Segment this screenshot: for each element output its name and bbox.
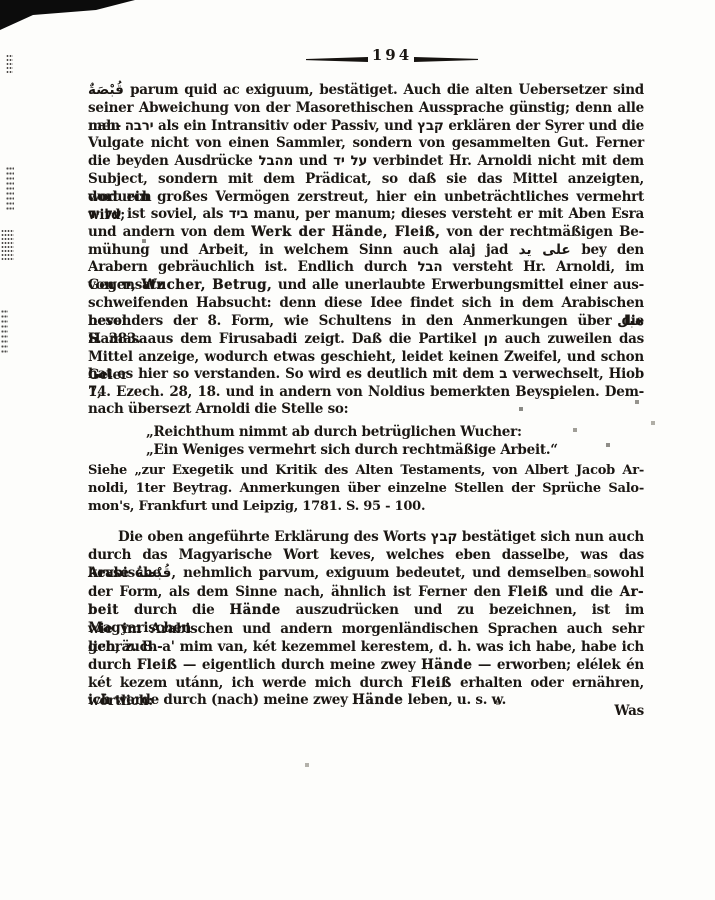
- emphasized-text: Wucher, Betrug,: [141, 277, 272, 293]
- reference-line: noldi, 1ter Beytrag. Anmerkungen über ei…: [88, 480, 644, 498]
- catchword: Was: [88, 702, 644, 720]
- scan-speckle-strip: [6, 54, 13, 75]
- emphasized-text: Ar-: [620, 584, 644, 600]
- text-segment: und andern von dem: [88, 224, 251, 240]
- text-line: két kezem utánn, ich werde mich durch Fl…: [88, 674, 644, 692]
- reference-line: Siehe „zur Exegetik und Kritik des Alten…: [88, 462, 644, 480]
- text-segment: durch die: [119, 602, 230, 618]
- text-segment: von יד,: [88, 277, 141, 293]
- text-line: wie im Arabischen und andern morgenländi…: [88, 620, 644, 638]
- text-line: und andern von dem Werk der Hände, Fleiß…: [88, 223, 644, 241]
- quote-line: „Ein Weniges vermehrt sich durch rechtmä…: [146, 441, 616, 459]
- scan-speckle-strip: [1, 309, 8, 354]
- text-line: seiner Abweichung von der Masorethischen…: [88, 99, 644, 117]
- text-line: dort ein großes Vermögen zerstreut, hier…: [88, 188, 644, 206]
- text-segment: und alle unerlaubte Erwerbungsmittel ein…: [272, 277, 644, 293]
- text-segment: — eigentlich durch meine zwey: [177, 657, 421, 673]
- emphasized-text: Fleiß: [411, 675, 451, 691]
- text-line: قُبْصَةٌ parum quid ac exiguum, bestätig…: [88, 81, 644, 99]
- text-segment: durch: [88, 657, 137, 673]
- emphasized-text: beit: [88, 602, 119, 618]
- emphasized-text: Hände: [421, 657, 472, 673]
- text-line: mühung und Arbeit, in welchem Sinn auch …: [88, 241, 644, 259]
- page-number: 194: [366, 46, 418, 64]
- text-line: durch Fleiß — eigentlich durch meine zwe…: [88, 656, 644, 674]
- text-line: schweifenden Habsucht: denn diese Idee f…: [88, 294, 644, 312]
- text-line: Die oben angeführte Erklärung des Worts …: [88, 528, 644, 546]
- text-line: hat es hier so verstanden. So wird es de…: [88, 365, 644, 383]
- text-line: lich, z. B. a' mim van, két kezemmel ker…: [88, 638, 644, 656]
- text-segment: der Form, als dem Sinne nach, ähnlich is…: [88, 584, 508, 600]
- scan-corner-artifact: [0, 0, 142, 32]
- text-line: die beyden Ausdrücke מהבל und על יד verb…: [88, 152, 644, 170]
- scan-speckle-strip: [1, 229, 14, 262]
- text-line: S. 383. aus dem Firusabadi zeigt. Daß di…: [88, 330, 644, 348]
- scan-speckle-strip: [6, 166, 14, 212]
- reference-line: mon's, Frankfurt und Leipzig, 1781. S. 9…: [88, 498, 644, 516]
- scanned-book-page: 194 قُبْصَةٌ parum quid ac exiguum, best…: [0, 0, 715, 900]
- text-segment: und die: [548, 584, 620, 600]
- text-line: beit durch die Hände auszudrücken und zu…: [88, 601, 644, 619]
- emphasized-text: Fleiß: [508, 584, 548, 600]
- text-segment: von der rechtmäßigen Be-: [440, 224, 644, 240]
- text-line: nach übersezt Arnoldi die Stelle so:: [88, 400, 644, 418]
- text-segment: két kezem utánn, ich werde mich durch: [88, 675, 411, 691]
- text-line: kevse قُبْصَةٌ, nehmlich parvum, exiguum…: [88, 564, 644, 582]
- text-segment: — erworben; elélek én: [472, 657, 644, 673]
- text-line: der Form, als dem Sinne nach, ähnlich is…: [88, 583, 644, 601]
- text-line: besonders der 8. Form, wie Schultens in …: [88, 312, 644, 330]
- text-line: על יד ist soviel, als ביד manu, per manu…: [88, 205, 644, 223]
- text-line: Mittel anzeige, wodurch etwas geschieht,…: [88, 348, 644, 366]
- emphasized-text: Werk der Hände, Fleiß,: [251, 224, 440, 240]
- text-line: von יד, Wucher, Betrug, und alle unerlau…: [88, 276, 644, 294]
- header-rule-left: [306, 57, 368, 62]
- text-line: Arabern gebräuchlich ist. Endlich durch …: [88, 258, 644, 276]
- quote-line: „Reichthum nimmt ab durch betrüglichen W…: [146, 423, 616, 441]
- emphasized-text: Hände: [230, 602, 281, 618]
- text-line: men ירבה als ein Intransitiv oder Passiv…: [88, 117, 644, 135]
- emphasized-text: Fleiß: [137, 657, 177, 673]
- text-line: Subject, sondern mit dem Prädicat, so da…: [88, 170, 644, 188]
- text-line: 14. Ezech. 28, 18. und in andern von Nol…: [88, 383, 644, 401]
- text-line: Vulgate nicht von einen Sammler, sondern…: [88, 134, 644, 152]
- header-rule-right: [414, 57, 478, 62]
- text-line: durch das Magyarische Wort keves, welche…: [88, 546, 644, 564]
- scan-stray-dots: [0, 0, 2, 2]
